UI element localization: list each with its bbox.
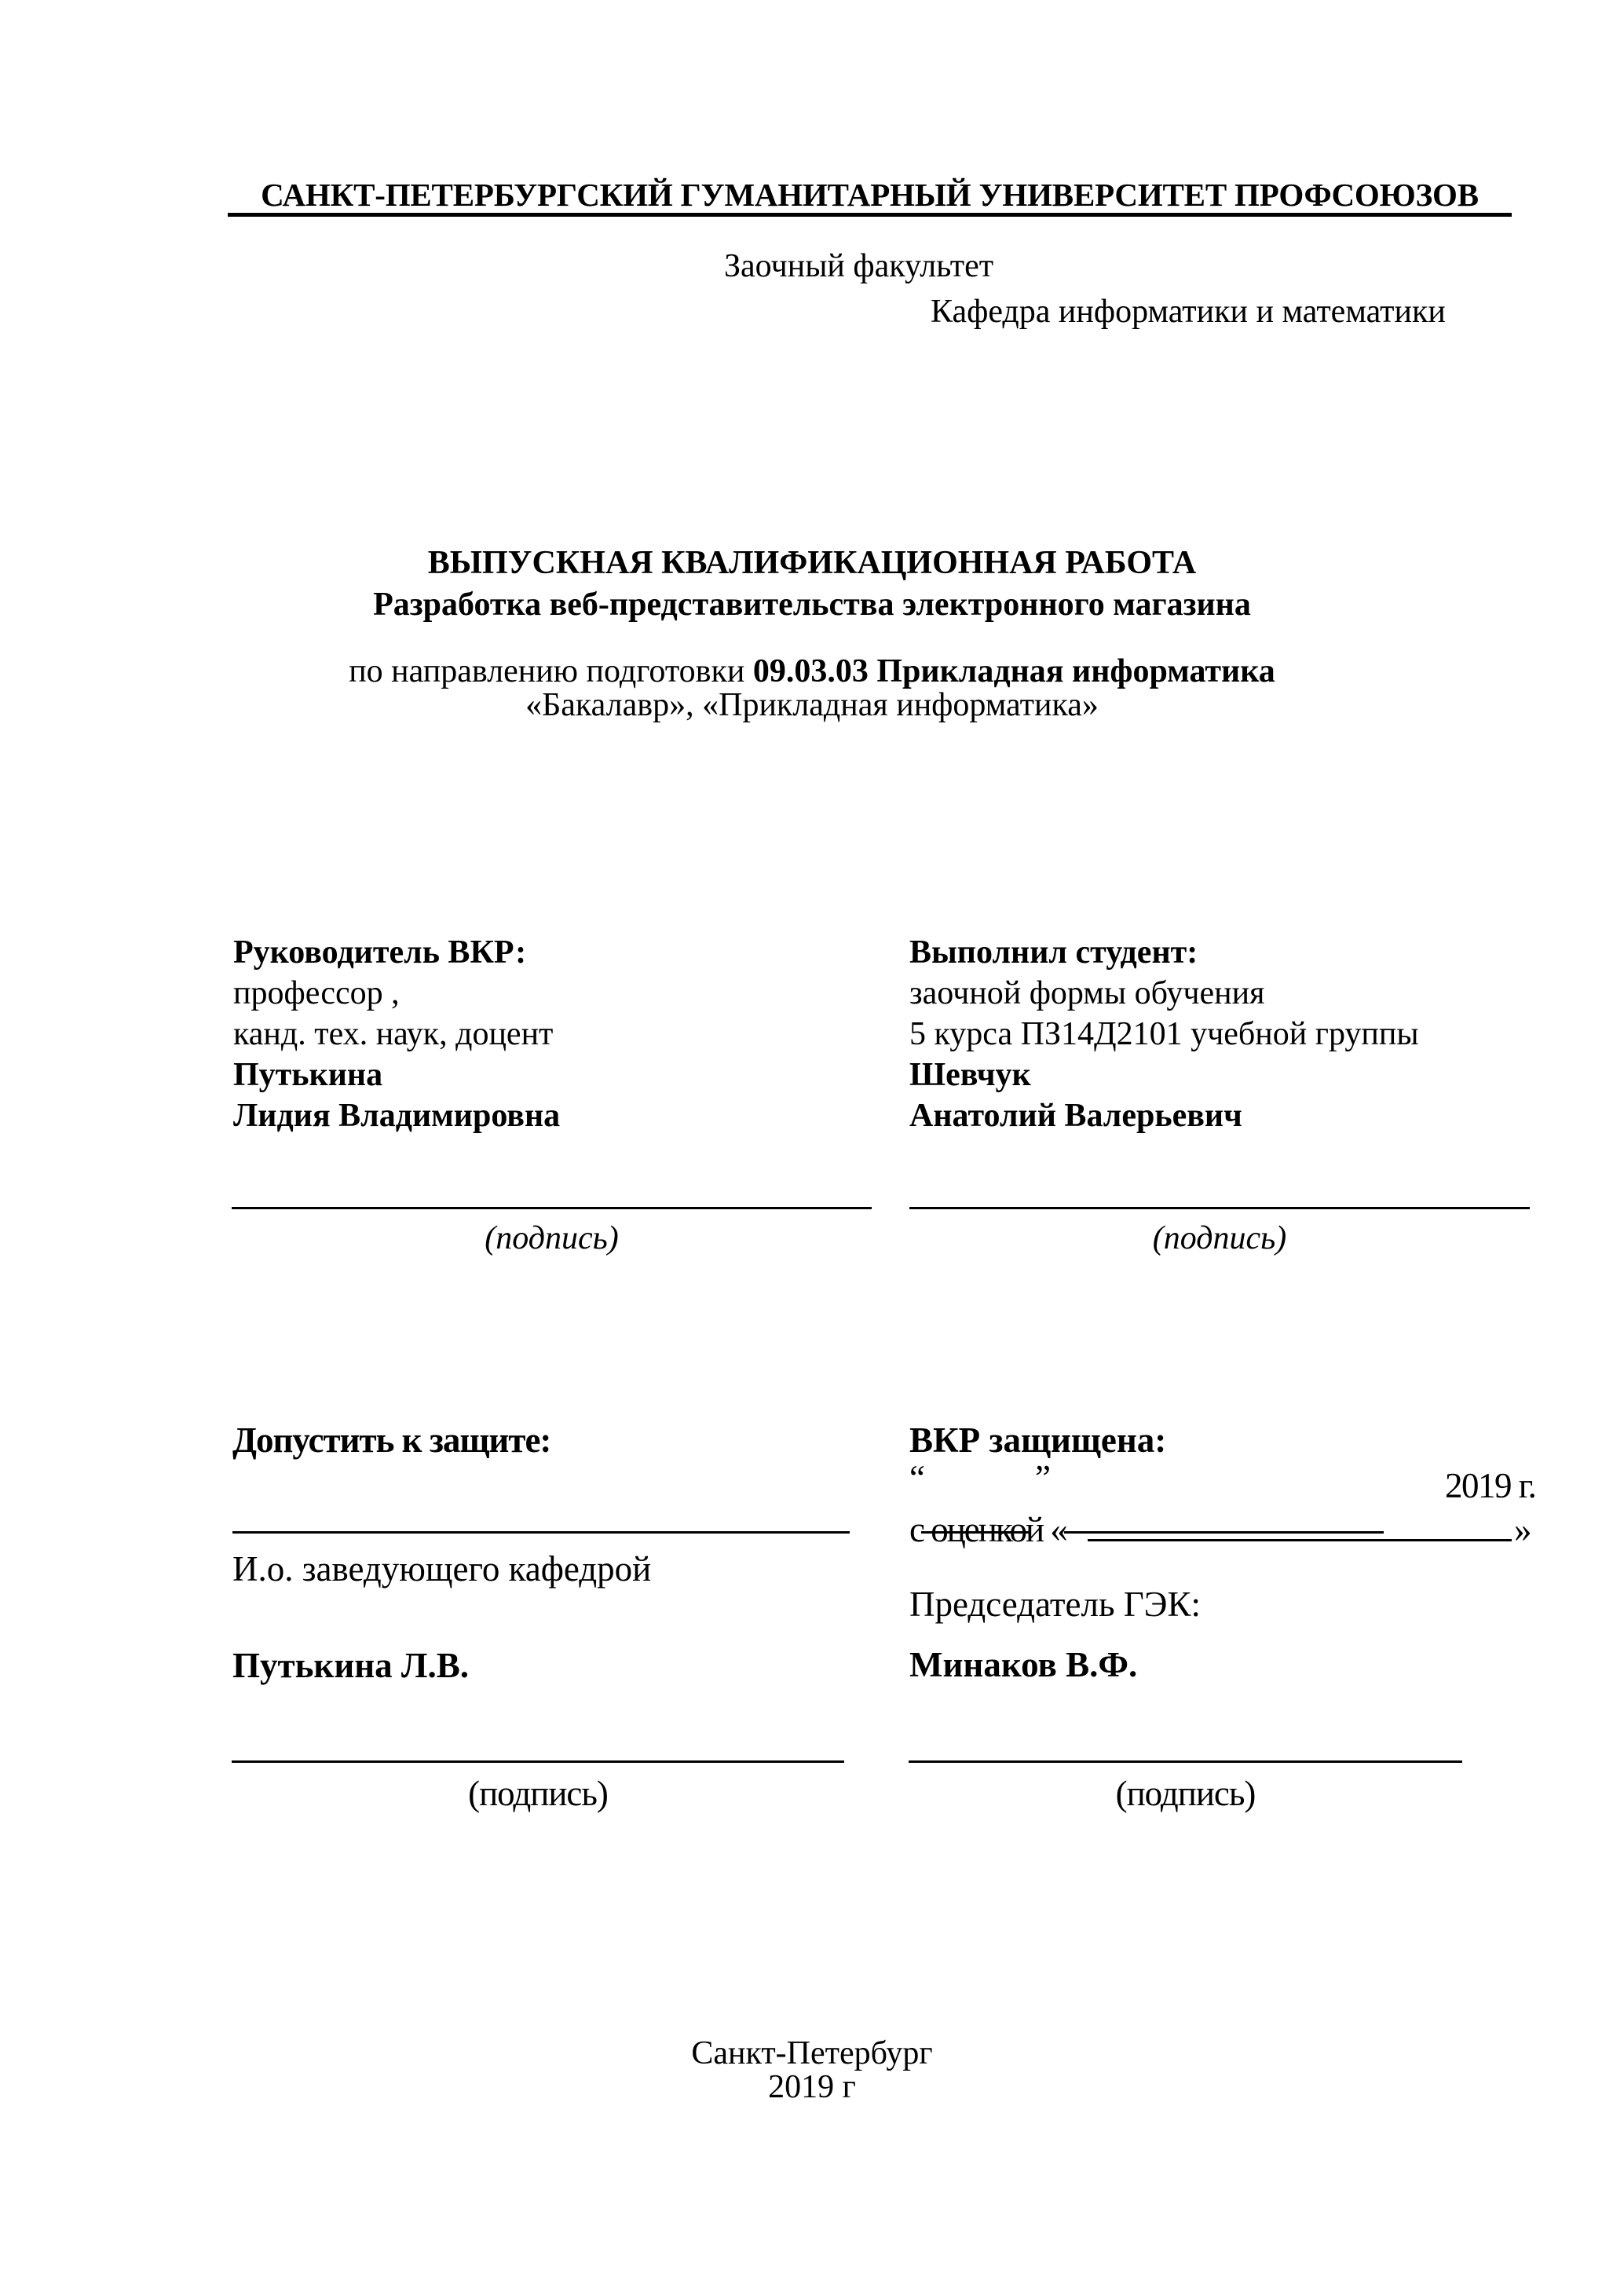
footer-year: 2019 г — [0, 2071, 1624, 2104]
date-close-quote: ” — [1035, 1461, 1051, 1496]
student-study-form: заочной формы обучения — [909, 977, 1264, 1010]
supervisor-heading: Руководитель ВКР: — [233, 936, 526, 969]
footer-city: Санкт-Петербург — [0, 2037, 1624, 2070]
direction-line: по направлению подготовки 09.03.03 Прикл… — [0, 655, 1624, 688]
chair-role: Председатель ГЭК: — [909, 1587, 1201, 1622]
department-name: Кафедра информатики и математики — [931, 295, 1446, 328]
grade-blank[interactable] — [1088, 1539, 1512, 1541]
university-name: САНКТ-ПЕТЕРБУРГСКИЙ ГУМАНИТАРНЫЙ УНИВЕРС… — [228, 179, 1512, 211]
admission-person: Путькина Л.В. — [232, 1648, 469, 1684]
faculty-name: Заочный факультет — [724, 250, 993, 283]
grade-suffix: » — [1514, 1512, 1532, 1548]
defense-year: 2019 г. — [1445, 1468, 1535, 1504]
work-topic: Разработка веб-представительства электро… — [0, 588, 1624, 621]
supervisor-signature-line[interactable] — [232, 1207, 872, 1209]
direction-prefix: по направлению подготовки — [349, 653, 753, 689]
admission-heading: Допустить к защите: — [232, 1423, 550, 1458]
student-surname: Шевчук — [909, 1058, 1031, 1091]
chair-person: Минаков В.Ф. — [909, 1647, 1137, 1683]
header-rule — [228, 213, 1512, 217]
admission-signature-line[interactable] — [232, 1760, 844, 1763]
direction-code: 09.03.03 Прикладная информатика — [753, 653, 1275, 689]
defense-heading: ВКР защищена: — [909, 1423, 1166, 1458]
student-name: Анатолий Валерьевич — [909, 1099, 1242, 1132]
student-signature-line[interactable] — [909, 1207, 1530, 1209]
admission-signature-caption: (подпись) — [232, 1776, 844, 1812]
supervisor-degree-line: канд. тех. наук, доцент — [233, 1018, 553, 1051]
date-month-blank[interactable] — [1064, 1531, 1384, 1534]
chair-signature-caption: (подпись) — [909, 1776, 1462, 1812]
qualification: «Бакалавр», «Прикладная информатика» — [0, 689, 1624, 722]
admission-decision-line[interactable] — [232, 1531, 850, 1534]
student-heading: Выполнил студент: — [909, 936, 1198, 969]
supervisor-title-line: профессор , — [233, 977, 400, 1010]
supervisor-surname: Путькина — [233, 1058, 382, 1091]
student-group: 5 курса ПЗ14Д2101 учебной группы — [909, 1018, 1419, 1051]
supervisor-signature-caption: (подпись) — [232, 1222, 872, 1255]
grade-prefix: с оценкой « — [909, 1512, 1066, 1548]
date-open-quote: “ — [909, 1461, 925, 1496]
chair-signature-line[interactable] — [909, 1760, 1462, 1763]
work-type: ВЫПУСКНАЯ КВАЛИФИКАЦИОННАЯ РАБОТА — [0, 547, 1624, 579]
supervisor-name: Лидия Владимировна — [233, 1099, 560, 1132]
admission-role: И.о. заведующего кафедрой — [232, 1552, 651, 1587]
student-signature-caption: (подпись) — [909, 1222, 1530, 1255]
